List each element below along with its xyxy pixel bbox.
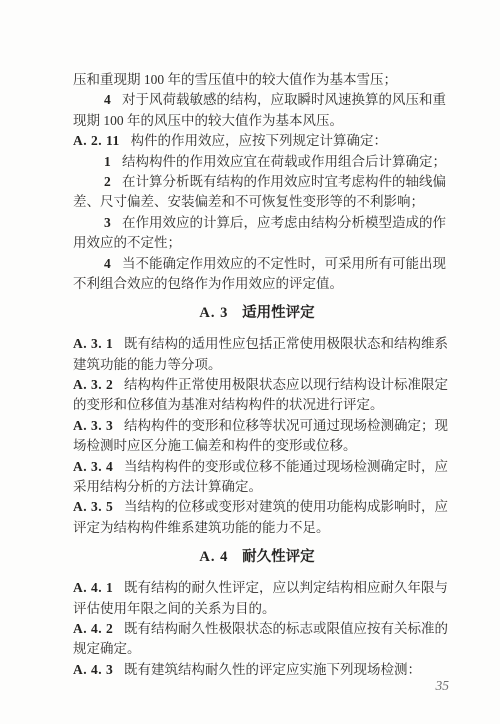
clause-number: A. 3. 4 (73, 459, 113, 474)
clause-number: A. 4. 3 (73, 662, 113, 677)
section-heading: A. 3适用性评定 (73, 303, 441, 324)
page-number: 35 (436, 678, 450, 694)
clause-number: A. 3. 1 (73, 336, 113, 351)
line-text: 既有结构耐久性极限状态的标志或限值应按有关标准的 (124, 621, 448, 636)
line-text: 结构构件的变形和位移等状况可通过现场检测确定；现 (124, 418, 448, 433)
line-text: 用效应的不定性； (73, 235, 181, 250)
line-text: 不利组合效应的包络作为作用效应的评定值。 (73, 276, 343, 291)
text-line: 建筑功能的能力等分项。 (73, 355, 441, 375)
document-body: 压和重现期 100 年的雪压值中的较大值作为基本雪压；4对于风荷载敏感的结构，应… (73, 70, 441, 680)
text-line: 3在作用效应的计算后，应考虑由结构分析模型造成的作 (73, 213, 441, 233)
text-line: 评估使用年限之间的关系为目的。 (73, 599, 441, 619)
text-line: 评定为结构构件维系建筑功能的能力不足。 (73, 518, 441, 538)
line-text: 对于风荷载敏感的结构，应取瞬时风速换算的风压和重 (122, 92, 446, 107)
clause-number: A. 3. 2 (73, 377, 113, 392)
line-text: 当不能确定作用效应的不定性时，可采用所有可能出现 (122, 256, 446, 271)
text-line: A. 3. 1既有结构的适用性应包括正常使用极限状态和结构维系 (73, 334, 441, 354)
heading-title: 耐久性评定 (242, 549, 315, 565)
text-line: A. 3. 4当结构构件的变形或位移不能通过现场检测确定时，应 (73, 457, 441, 477)
text-line: 规定确定。 (73, 639, 441, 659)
text-line: A. 2. 11构件的作用效应，应按下列规定计算确定： (73, 131, 441, 151)
document-page: 压和重现期 100 年的雪压值中的较大值作为基本雪压；4对于风荷载敏感的结构，应… (0, 0, 500, 724)
text-line: 现期 100 年的风压中的较大值作为基本风压。 (73, 111, 441, 131)
text-line: 1结构构件的作用效应宜在荷载或作用组合后计算确定； (73, 152, 441, 172)
text-line: A. 3. 5当结构的位移或变形对建筑的使用功能构成影响时，应 (73, 497, 441, 517)
line-text: 压和重现期 100 年的雪压值中的较大值作为基本雪压； (73, 72, 397, 87)
clause-number: A. 2. 11 (73, 133, 120, 148)
line-text: 现期 100 年的风压中的较大值作为基本风压。 (73, 113, 343, 128)
heading-number: A. 4 (199, 549, 228, 565)
line-text: 差、尺寸偏差、安装偏差和不可恢复性变形等的不利影响； (73, 194, 424, 209)
clause-number: 1 (104, 154, 111, 169)
text-line: 差、尺寸偏差、安装偏差和不可恢复性变形等的不利影响； (73, 192, 441, 212)
clause-number: 4 (104, 92, 111, 107)
line-text: 在作用效应的计算后，应考虑由结构分析模型造成的作 (122, 215, 446, 230)
text-line: A. 4. 2既有结构耐久性极限状态的标志或限值应按有关标准的 (73, 619, 441, 639)
line-text: 当结构构件的变形或位移不能通过现场检测确定时，应 (124, 459, 448, 474)
line-text: 既有建筑结构耐久性的评定应实施下列现场检测： (124, 662, 421, 677)
text-line: A. 3. 2结构构件正常使用极限状态应以现行结构设计标准限定 (73, 375, 441, 395)
section-heading: A. 4耐久性评定 (73, 547, 441, 568)
clause-number: A. 4. 2 (73, 621, 113, 636)
clause-number: A. 3. 5 (73, 499, 113, 514)
text-line: 用效应的不定性； (73, 233, 441, 253)
text-line: 4当不能确定作用效应的不定性时，可采用所有可能出现 (73, 254, 441, 274)
clause-number: 3 (104, 215, 111, 230)
line-text: 当结构的位移或变形对建筑的使用功能构成影响时，应 (124, 499, 448, 514)
line-text: 规定确定。 (73, 641, 141, 656)
text-line: 场检测时应区分施工偏差和构件的变形或位移。 (73, 436, 441, 456)
line-text: 采用结构分析的方法计算确定。 (73, 479, 262, 494)
line-text: 场检测时应区分施工偏差和构件的变形或位移。 (73, 438, 357, 453)
clause-number: A. 3. 3 (73, 418, 113, 433)
text-line: 的变形和位移值为基准对结构构件的状况进行评定。 (73, 395, 441, 415)
text-line: A. 4. 1既有结构的耐久性评定，应以判定结构相应耐久年限与 (73, 578, 441, 598)
text-line: A. 4. 3既有建筑结构耐久性的评定应实施下列现场检测： (73, 660, 441, 680)
text-line: 4对于风荷载敏感的结构，应取瞬时风速换算的风压和重 (73, 90, 441, 110)
line-text: 建筑功能的能力等分项。 (73, 357, 222, 372)
text-line: 采用结构分析的方法计算确定。 (73, 477, 441, 497)
line-text: 结构构件正常使用极限状态应以现行结构设计标准限定 (124, 377, 448, 392)
text-line: 2在计算分析既有结构的作用效应时宜考虑构件的轴线偏 (73, 172, 441, 192)
line-text: 既有结构的耐久性评定，应以判定结构相应耐久年限与 (124, 580, 448, 595)
text-line: 压和重现期 100 年的雪压值中的较大值作为基本雪压； (73, 70, 441, 90)
text-line: A. 3. 3结构构件的变形和位移等状况可通过现场检测确定；现 (73, 416, 441, 436)
heading-title: 适用性评定 (242, 305, 315, 321)
heading-number: A. 3 (199, 305, 228, 321)
clause-number: A. 4. 1 (73, 580, 113, 595)
clause-number: 4 (104, 256, 111, 271)
line-text: 在计算分析既有结构的作用效应时宜考虑构件的轴线偏 (122, 174, 446, 189)
line-text: 评估使用年限之间的关系为目的。 (73, 601, 276, 616)
line-text: 既有结构的适用性应包括正常使用极限状态和结构维系 (124, 336, 448, 351)
line-text: 评定为结构构件维系建筑功能的能力不足。 (73, 520, 330, 535)
line-text: 结构构件的作用效应宜在荷载或作用组合后计算确定； (122, 154, 446, 169)
line-text: 构件的作用效应，应按下列规定计算确定： (131, 133, 388, 148)
line-text: 的变形和位移值为基准对结构构件的状况进行评定。 (73, 397, 384, 412)
clause-number: 2 (104, 174, 111, 189)
text-line: 不利组合效应的包络作为作用效应的评定值。 (73, 274, 441, 294)
